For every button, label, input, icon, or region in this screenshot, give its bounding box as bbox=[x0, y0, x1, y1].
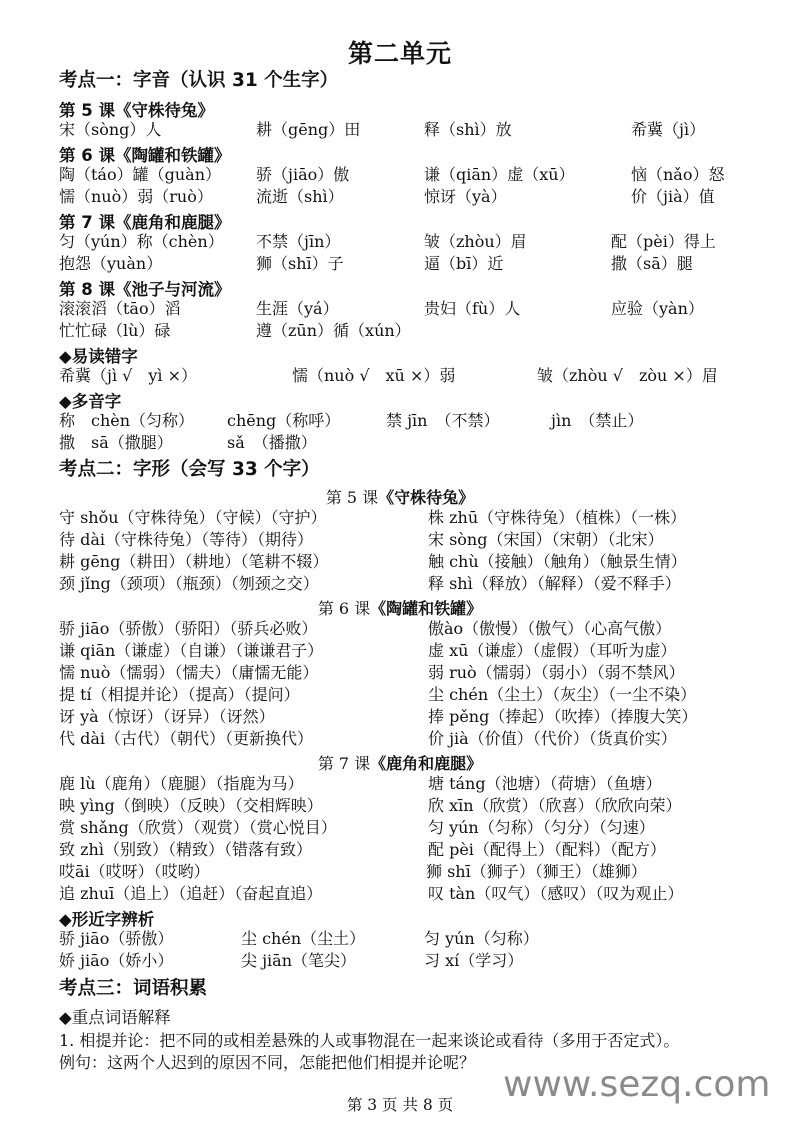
lesson-6-title: 第 6 课《陶罐和铁罐》 bbox=[0, 596, 800, 619]
polyphone-item: 撒 sā（撒腿） bbox=[59, 432, 173, 454]
misread-item: 皱（zhòu √ zòu ×）眉 bbox=[537, 365, 718, 387]
section-heading-pronunciation: 考点一：字音（认识 31 个生字） bbox=[59, 66, 338, 92]
char-row: 哎āi（哎呀）（哎哟） 狮 shī（狮子）（狮王）（雄狮） bbox=[0, 861, 800, 883]
char-item: 颈 jǐng（颈项）（瓶颈）（刎颈之交） bbox=[59, 573, 319, 595]
similar-item: 骄 jiāo（骄傲） bbox=[59, 928, 173, 950]
char-row: 骄 jiāo（骄傲）（骄阳）（骄兵必败） 傲ào（傲慢）（傲气）（心高气傲） bbox=[0, 618, 800, 640]
similar-item: 匀 yún（匀称） bbox=[424, 928, 539, 950]
section-heading-vocabulary: 考点三：词语积累 bbox=[59, 974, 207, 1000]
pinyin-item: 惊讶（yà） bbox=[424, 186, 507, 208]
pinyin-item: 耕（gēng）田 bbox=[256, 119, 360, 141]
char-item: 讶 yà（惊讶）（讶异）（讶然） bbox=[59, 706, 275, 728]
char-item: 致 zhì（别致）（精致）（错落有致） bbox=[59, 839, 312, 861]
char-item: 待 dài（守株待兔）（等待）（期待） bbox=[59, 529, 313, 551]
char-item: 守 shǒu（守株待兔）（守候）（守护） bbox=[59, 507, 327, 529]
char-item: 骄 jiāo（骄傲）（骄阳）（骄兵必败） bbox=[59, 618, 317, 640]
pinyin-item: 陶（táo）罐（guàn） bbox=[59, 164, 221, 186]
polyphone-item: sǎ （播撒） bbox=[227, 432, 317, 454]
pinyin-row: 忙忙碌（lù）碌 遵（zūn）循（xún） bbox=[0, 320, 800, 342]
char-item: 弱 ruò（懦弱）（弱小）（弱不禁风） bbox=[428, 662, 685, 684]
char-item: 价 jià（价值）（代价）（货真价实） bbox=[428, 728, 677, 750]
lesson-prefix: 第 7 课 bbox=[318, 754, 370, 773]
char-row: 守 shǒu（守株待兔）（守候）（守护） 株 zhū（守株待兔）（植株）（一株） bbox=[0, 507, 800, 529]
pinyin-row: 懦（nuò）弱（ruò） 流逝（shì） 惊讶（yà） 价（jià）值 bbox=[0, 186, 800, 208]
char-item: 虚 xū（谦虚）（虚假）（耳听为虚） bbox=[428, 640, 676, 662]
pinyin-item: 释（shì）放 bbox=[424, 119, 512, 141]
char-item: 匀 yún（匀称）（匀分）（匀速） bbox=[428, 817, 655, 839]
similar-item: 娇 jiāo（娇小） bbox=[59, 950, 173, 972]
lesson-name: 《鹿角和鹿腿》 bbox=[370, 754, 482, 773]
similar-item: 尖 jiān（笔尖） bbox=[241, 950, 356, 972]
lesson-prefix: 第 5 课 bbox=[326, 488, 378, 507]
pinyin-item: 忙忙碌（lù）碌 bbox=[59, 320, 170, 342]
polyphone-item: 称 chèn（匀称） bbox=[59, 410, 194, 432]
pinyin-item: 匀（yún）称（chèn） bbox=[59, 231, 224, 253]
polyphone-heading: ◆多音字 bbox=[59, 388, 121, 412]
lesson-7-label: 第 7 课《鹿角和鹿腿》 bbox=[59, 209, 230, 233]
char-item: 叹 tàn（叹气）（感叹）（叹为观止） bbox=[428, 883, 683, 905]
polyphone-item: chēng（称呼） bbox=[227, 410, 340, 432]
pinyin-row: 滚滚滔（tāo）滔 生涯（yá） 贵妇（fù）人 应验（yàn） bbox=[0, 298, 800, 320]
misread-item: 懦（nuò √ xū ×）弱 bbox=[292, 365, 455, 387]
pinyin-item: 逼（bī）近 bbox=[424, 253, 503, 275]
char-row: 赏 shǎng（欣赏）（观赏）（赏心悦目） 匀 yún（匀称）（匀分）（匀速） bbox=[0, 817, 800, 839]
char-item: 尘 chén（尘土）（灰尘）（一尘不染） bbox=[428, 684, 696, 706]
char-item: 追 zhuī（追上）（追赶）（奋起直追） bbox=[59, 883, 322, 905]
char-item: 赏 shǎng（欣赏）（观赏）（赏心悦目） bbox=[59, 817, 337, 839]
polyphone-item: 禁 jīn （不禁） bbox=[386, 410, 499, 432]
char-item: 配 pèi（配得上）（配料）（配方） bbox=[428, 839, 666, 861]
pinyin-item: 贵妇（fù）人 bbox=[424, 298, 520, 320]
pinyin-item: 谦（qiān）虚（xū） bbox=[424, 164, 575, 186]
example-sentence: 例句：这两个人迟到的原因不同，怎能把他们相提并论呢？ bbox=[59, 1050, 475, 1073]
char-row: 谦 qiān（谦虚）（自谦）（谦谦君子） 虚 xū（谦虚）（虚假）（耳听为虚） bbox=[0, 640, 800, 662]
char-row: 提 tí（相提并论）（提高）（提问） 尘 chén（尘土）（灰尘）（一尘不染） bbox=[0, 684, 800, 706]
char-item: 株 zhū（守株待兔）（植株）（一株） bbox=[428, 507, 686, 529]
pinyin-row: 抱怨（yuàn） 狮（shī）子 逼（bī）近 撒（sā）腿 bbox=[0, 253, 800, 275]
char-item: 释 shì（释放）（解释）（爱不释手） bbox=[428, 573, 681, 595]
similar-item: 尘 chén（尘土） bbox=[241, 928, 365, 950]
lesson-name: 《陶罐和铁罐》 bbox=[370, 599, 482, 618]
lesson-8-label: 第 8 课《池子与河流》 bbox=[59, 276, 230, 300]
char-row: 追 zhuī（追上）（追赶）（奋起直追） 叹 tàn（叹气）（感叹）（叹为观止） bbox=[0, 883, 800, 905]
polyphone-row: 称 chèn（匀称） chēng（称呼） 禁 jīn （不禁） jìn （禁止） bbox=[0, 410, 800, 432]
char-item: 耕 gēng（耕田）（耕地）（笔耕不辍） bbox=[59, 551, 328, 573]
char-row: 待 dài（守株待兔）（等待）（期待） 宋 sòng（宋国）（宋朝）（北宋） bbox=[0, 529, 800, 551]
pinyin-item: 宋（sòng）人 bbox=[59, 119, 161, 141]
similar-item: 习 xí（学习） bbox=[424, 950, 523, 972]
char-item: 哎āi（哎呀）（哎哟） bbox=[59, 861, 210, 883]
lesson-5-title: 第 5 课《守株待兔》 bbox=[0, 485, 800, 508]
char-row: 鹿 lù（鹿角）（鹿腿）（指鹿为马） 塘 táng（池塘）（荷塘）（鱼塘） bbox=[0, 773, 800, 795]
pinyin-row: 陶（táo）罐（guàn） 骄（jiāo）傲 谦（qiān）虚（xū） 恼（nǎ… bbox=[0, 164, 800, 186]
char-row: 讶 yà（惊讶）（讶异）（讶然） 捧 pěng（捧起）（吹捧）（捧腹大笑） bbox=[0, 706, 800, 728]
misread-item: 希冀（jì √ yì ×） bbox=[59, 365, 197, 387]
lesson-6-label: 第 6 课《陶罐和铁罐》 bbox=[59, 142, 230, 166]
pinyin-item: 抱怨（yuàn） bbox=[59, 253, 162, 275]
char-item: 捧 pěng（捧起）（吹捧）（捧腹大笑） bbox=[428, 706, 697, 728]
pinyin-row: 宋（sòng）人 耕（gēng）田 释（shì）放 希冀（jì） bbox=[0, 119, 800, 141]
char-item: 傲ào（傲慢）（傲气）（心高气傲） bbox=[428, 618, 671, 640]
page-title: 第二单元 bbox=[0, 34, 800, 70]
pinyin-item: 价（jià）值 bbox=[631, 186, 715, 208]
misread-row: 希冀（jì √ yì ×） 懦（nuò √ xū ×）弱 皱（zhòu √ zò… bbox=[0, 365, 800, 387]
char-row: 致 zhì（别致）（精致）（错落有致） 配 pèi（配得上）（配料）（配方） bbox=[0, 839, 800, 861]
similar-row: 骄 jiāo（骄傲） 尘 chén（尘土） 匀 yún（匀称） bbox=[0, 928, 800, 950]
pinyin-item: 滚滚滔（tāo）滔 bbox=[59, 298, 181, 320]
key-words-heading: ◆重点词语解释 bbox=[59, 1004, 171, 1028]
char-row: 懦 nuò（懦弱）（懦夫）（庸懦无能） 弱 ruò（懦弱）（弱小）（弱不禁风） bbox=[0, 662, 800, 684]
char-item: 狮 shī（狮子）（狮王）（雄狮） bbox=[426, 861, 647, 883]
lesson-name: 《守株待兔》 bbox=[378, 488, 474, 507]
definition-line: 1. 相提并论：把不同的或相差悬殊的人或事物混在一起来谈论或看待（多用于否定式）… bbox=[59, 1028, 679, 1051]
char-item: 懦 nuò（懦弱）（懦夫）（庸懦无能） bbox=[59, 662, 318, 684]
pinyin-item: 遵（zūn）循（xún） bbox=[256, 320, 411, 342]
char-row: 映 yìng（倒映）（反映）（交相辉映） 欣 xīn（欣赏）（欣喜）（欣欣向荣） bbox=[0, 795, 800, 817]
char-item: 触 chù（接触）（触角）（触景生情） bbox=[428, 551, 687, 573]
pinyin-row: 匀（yún）称（chèn） 不禁（jīn） 皱（zhòu）眉 配（pèi）得上 bbox=[0, 231, 800, 253]
pinyin-item: 皱（zhòu）眉 bbox=[424, 231, 527, 253]
pinyin-item: 配（pèi）得上 bbox=[611, 231, 716, 253]
char-item: 映 yìng（倒映）（反映）（交相辉映） bbox=[59, 795, 323, 817]
pinyin-item: 恼（nǎo）怒 bbox=[631, 164, 724, 186]
lesson-5-label: 第 5 课《守株待兔》 bbox=[59, 97, 214, 121]
section-heading-writing: 考点二：字形（会写 33 个字） bbox=[59, 455, 320, 481]
similar-row: 娇 jiāo（娇小） 尖 jiān（笔尖） 习 xí（学习） bbox=[0, 950, 800, 972]
lesson-7-title: 第 7 课《鹿角和鹿腿》 bbox=[0, 751, 800, 774]
char-row: 颈 jǐng（颈项）（瓶颈）（刎颈之交） 释 shì（释放）（解释）（爱不释手） bbox=[0, 573, 800, 595]
pinyin-item: 希冀（jì） bbox=[631, 119, 705, 141]
char-item: 代 dài（古代）（朝代）（更新换代） bbox=[59, 728, 313, 750]
pinyin-item: 应验（yàn） bbox=[611, 298, 704, 320]
pinyin-item: 骄（jiāo）傲 bbox=[256, 164, 349, 186]
char-item: 谦 qiān（谦虚）（自谦）（谦谦君子） bbox=[59, 640, 323, 662]
char-item: 欣 xīn（欣赏）（欣喜）（欣欣向荣） bbox=[428, 795, 682, 817]
pinyin-item: 生涯（yá） bbox=[256, 298, 339, 320]
misread-heading: ◆易读错字 bbox=[59, 343, 138, 367]
pinyin-item: 不禁（jīn） bbox=[256, 231, 340, 253]
char-item: 塘 táng（池塘）（荷塘）（鱼塘） bbox=[428, 773, 662, 795]
pinyin-item: 撒（sā）腿 bbox=[611, 253, 693, 275]
pinyin-item: 懦（nuò）弱（ruò） bbox=[59, 186, 213, 208]
lesson-prefix: 第 6 课 bbox=[318, 599, 370, 618]
char-row: 代 dài（古代）（朝代）（更新换代） 价 jià（价值）（代价）（货真价实） bbox=[0, 728, 800, 750]
pinyin-item: 狮（shī）子 bbox=[256, 253, 344, 275]
polyphone-item: jìn （禁止） bbox=[551, 410, 643, 432]
similar-chars-heading: ◆形近字辨析 bbox=[59, 906, 154, 930]
char-row: 耕 gēng（耕田）（耕地）（笔耕不辍） 触 chù（接触）（触角）（触景生情） bbox=[0, 551, 800, 573]
char-item: 鹿 lù（鹿角）（鹿腿）（指鹿为马） bbox=[59, 773, 304, 795]
polyphone-row: 撒 sā（撒腿） sǎ （播撒） bbox=[0, 432, 800, 454]
document-page: 第二单元 考点一：字音（认识 31 个生字） 第 5 课《守株待兔》 宋（sòn… bbox=[0, 0, 800, 1131]
char-item: 提 tí（相提并论）（提高）（提问） bbox=[59, 684, 300, 706]
char-item: 宋 sòng（宋国）（宋朝）（北宋） bbox=[428, 529, 663, 551]
page-number: 第 3 页 共 8 页 bbox=[0, 1093, 800, 1115]
pinyin-item: 流逝（shì） bbox=[256, 186, 344, 208]
